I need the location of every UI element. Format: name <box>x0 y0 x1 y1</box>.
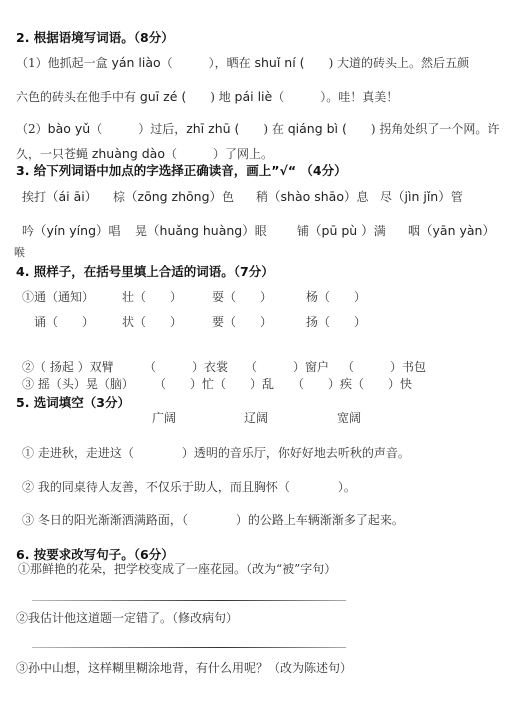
q3-item-1[interactable]: 挨打（ái āi） <box>22 187 97 205</box>
q4-row3-col4[interactable]: （ ）书包 <box>342 358 426 375</box>
word: 咽 <box>408 224 420 238</box>
q4-row4-col3[interactable]: （ ）疾（ ）快 <box>292 375 412 392</box>
pinyin-qiang-bi: qiáng bì ( <box>288 121 347 136</box>
q2-text: 六色的砖头在他手中有 <box>16 90 140 104</box>
q4-row3-col1: ②（ 扬起 ）双臂 <box>22 358 114 375</box>
q3-item-7[interactable]: 铺（pū pù ）满 <box>297 221 386 239</box>
q6-item-1: ①那鲜艳的花朵，把学校变成了一座花园。（改为“被”字句） <box>18 560 336 577</box>
pinyin-pai-lie: pái liè <box>235 89 273 104</box>
blank[interactable]: ) 地 <box>186 90 234 104</box>
q2-text: （ ）。哇！真美！ <box>272 90 398 104</box>
q2-text: ) 大道的砖头上。然后五颜 <box>305 56 470 70</box>
answer-line-1[interactable] <box>32 600 346 601</box>
pinyin-yan-liao: yán liào <box>111 55 160 70</box>
blank[interactable]: （ ），晒在 <box>161 56 255 70</box>
word: 管 <box>451 190 463 204</box>
blank[interactable]: （ ）了网上。 <box>165 147 273 161</box>
q5-sentence-3[interactable]: ③ 冬日的阳光渐渐洒满路面，（ ）的公路上车辆渐渐多了起来。 <box>22 511 404 528</box>
q4-row4-col2[interactable]: （ ）忙（ ）乱 <box>154 375 274 392</box>
q2-line-4: 久，一只苍蝇 zhuàng dào（ ）了网上。 <box>16 145 273 162</box>
word: 稍 <box>256 190 268 204</box>
q2-line-1: （1）他抓起一盒 yán liào（ ），晒在 shuǐ ní ( ) 大道的砖… <box>16 54 469 71</box>
q6-item-2: ②我估计他这道题一定错了。（修改病句） <box>16 609 238 626</box>
q4-row2-col4[interactable]: 扬（ ） <box>306 313 366 330</box>
word: 满 <box>374 224 386 238</box>
pinyin-options[interactable]: （ái āi） <box>46 189 97 204</box>
word: 晃 <box>135 224 147 238</box>
pinyin-zhi-zhu: zhī zhū ( <box>186 121 239 136</box>
pinyin-zhuang-dao: zhuàng dào <box>92 146 165 161</box>
answer-line-2[interactable] <box>32 647 346 648</box>
q3-item-4[interactable]: 尽（jìn jǐn）管 <box>380 187 463 205</box>
q5-sentence-2[interactable]: ② 我的同桌待人友善，不仅乐于助人，而且胸怀（ ）。 <box>22 478 356 495</box>
word: 吟 <box>22 224 34 238</box>
question-2-heading: 2. 根据语境写词语。（8分） <box>16 28 174 46</box>
pinyin-options[interactable]: （yān yàn） <box>420 223 495 238</box>
word: 眼 <box>255 224 267 238</box>
q4-row2-col2[interactable]: 状（ ） <box>122 313 182 330</box>
pinyin-options[interactable]: （yín yíng） <box>34 223 109 238</box>
q3-item-8[interactable]: 咽（yān yàn） <box>408 221 495 239</box>
q2-text: ) 拐角处织了一个网。许 <box>347 122 500 136</box>
pinyin-options[interactable]: （zōng zhōng） <box>125 189 222 204</box>
question-4-heading: 4. 照样子，在括号里填上合适的词语。（7分） <box>16 262 274 280</box>
q4-row2-col1[interactable]: 诵（ ） <box>34 313 94 330</box>
pinyin-gui-ze: guī zé ( <box>140 89 186 104</box>
pinyin-options[interactable]: （huǎng huàng） <box>147 223 255 238</box>
q5-choice-1: 广阔 <box>152 409 176 426</box>
q4-row1-col3[interactable]: 耍（ ） <box>212 288 272 305</box>
q3-item-5[interactable]: 吟（yín yíng）唱 <box>22 221 121 239</box>
q4-row2-col3[interactable]: 要（ ） <box>212 313 272 330</box>
pinyin-shui-ni: shuǐ ní ( <box>255 55 305 70</box>
blank[interactable]: （ ）过后， <box>90 122 186 136</box>
q5-sentence-1[interactable]: ① 走进秋，走进这（ ）透明的音乐厅，你好好地去听秋的声音。 <box>22 444 410 461</box>
q6-item-3: ③孙中山想，这样糊里糊涂地背，有什么用呢？（改为陈述句） <box>16 659 352 676</box>
word: 息 <box>356 190 368 204</box>
q4-row1-col1: ①通（通知） <box>22 288 94 305</box>
q5-choice-3: 宽阔 <box>337 409 361 426</box>
pinyin-options[interactable]: （pū pù ） <box>309 223 374 238</box>
question-5-heading: 5. 选词填空（3分） <box>16 393 130 411</box>
q3-item-2[interactable]: 棕（zōng zhōng）色 <box>113 187 234 205</box>
q2-line-3: （2）bào yǔ（ ）过后，zhī zhū ( ) 在 qiáng bì ( … <box>16 120 499 137</box>
blank[interactable]: ) 在 <box>239 122 287 136</box>
q3-item-3[interactable]: 稍（shào shāo）息 <box>256 187 369 205</box>
q2-text: （2） <box>16 122 48 136</box>
q5-choice-2: 辽阔 <box>244 409 268 426</box>
word: 唱 <box>109 224 121 238</box>
q4-row4-col1: ③ 摇（头）晃（脑） <box>22 375 134 392</box>
pinyin-bao-yu: bào yǔ <box>48 121 91 136</box>
word: 棕 <box>113 190 125 204</box>
q4-row1-col2[interactable]: 壮（ ） <box>122 288 182 305</box>
q4-row3-col3[interactable]: （ ）窗户 <box>245 358 329 375</box>
q3-item-6[interactable]: 晃（huǎng huàng）眼 <box>135 221 267 239</box>
word: 挨打 <box>22 190 46 204</box>
q2-text: 久，一只苍蝇 <box>16 147 92 161</box>
q4-row3-col2[interactable]: （ ）衣裳 <box>144 358 228 375</box>
pinyin-options[interactable]: （shào shāo） <box>268 189 356 204</box>
word: 色 <box>222 190 234 204</box>
pinyin-options[interactable]: （jìn jǐn） <box>392 189 451 204</box>
q2-text: （1）他抓起一盒 <box>16 56 111 70</box>
word: 铺 <box>297 224 309 238</box>
q3-wrap-char: 喉 <box>14 244 25 260</box>
word: 尽 <box>380 190 392 204</box>
question-3-heading: 3. 给下列词语中加点的字选择正确读音，画上”√“ （4分） <box>16 161 347 179</box>
q2-line-2: 六色的砖头在他手中有 guī zé ( ) 地 pái liè（ ）。哇！真美！ <box>16 88 398 105</box>
q4-row1-col4[interactable]: 杨（ ） <box>306 288 366 305</box>
